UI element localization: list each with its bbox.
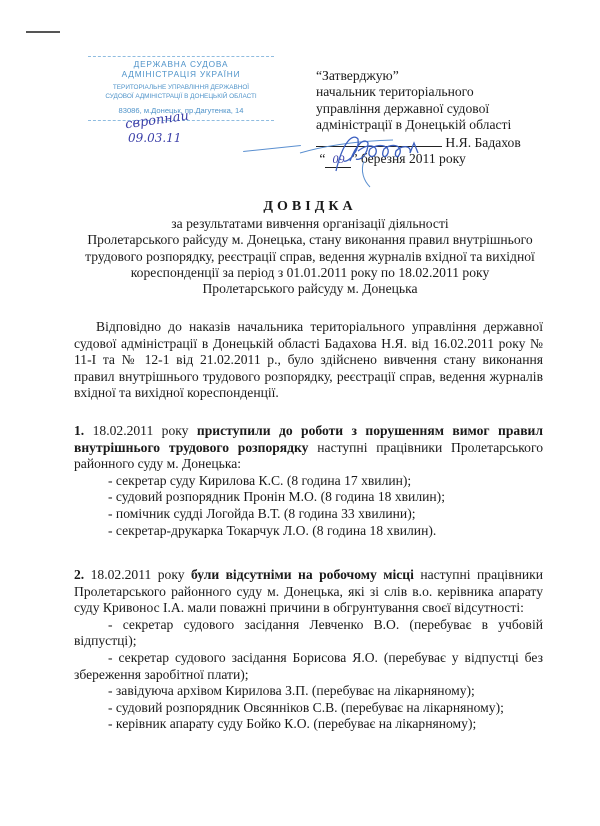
stamp-line-1: ДЕРЖАВНА СУДОВА: [88, 59, 274, 69]
approval-line-3: управління державної судової: [316, 101, 521, 117]
title-line-3: трудового розпорядку, реєстрації справ, …: [60, 249, 560, 265]
list-item: - завідуюча архівом Кирилова З.П. (переб…: [74, 683, 543, 700]
section-2-text: 2. 18.02.2011 року були відсутніми на ро…: [74, 567, 543, 617]
stamp-handwritten-date: 09.03.11: [128, 131, 181, 145]
handwritten-signature: [298, 131, 468, 191]
section-1: 1. 18.02.2011 року приступили до роботи …: [74, 423, 543, 539]
intro-paragraph: Відповідно до наказів начальника територ…: [74, 319, 543, 402]
list-item: - судовий розпорядник Овсянніков С.В. (п…: [74, 700, 543, 717]
section-1-list: - секретар суду Кирилова К.С. (8 година …: [74, 473, 543, 539]
list-item: - помічник судді Логойда В.Т. (8 година …: [74, 506, 543, 523]
scan-mark: [26, 31, 60, 33]
section-1-text: 1. 18.02.2011 року приступили до роботи …: [74, 423, 543, 473]
list-item: - секретар судового засідання Левченко В…: [74, 617, 543, 650]
list-item: - секретар судового засідання Борисова Я…: [74, 650, 543, 683]
section-2: 2. 18.02.2011 року були відсутніми на ро…: [74, 567, 543, 733]
stamp-line-2: АДМІНІСТРАЦІЯ УКРАЇНИ: [88, 69, 274, 79]
stamp-border-top: [88, 56, 274, 57]
document-title: ДОВІДКА: [60, 199, 560, 215]
list-item: - секретар-друкарка Токарчук Л.О. (8 год…: [74, 523, 543, 540]
title-line-2: Пролетарського райсуду м. Донецька, стан…: [60, 232, 560, 248]
stamp-line-4: СУДОВОЇ АДМІНІСТРАЦІЇ В ДОНЕЦЬКІЙ ОБЛАСТ…: [86, 93, 276, 100]
title-line-1: за результатами вивчення організації дія…: [60, 216, 560, 232]
title-line-4: кореспонденції за період з 01.01.2011 ро…: [60, 265, 560, 281]
stamp-line-3: ТЕРИТОРІАЛЬНЕ УПРАВЛІННЯ ДЕРЖАВНОЇ: [86, 84, 276, 91]
section-2-bold-phrase: були відсутніми на робочому місці: [191, 567, 414, 582]
approval-line-1: “Затверджую”: [316, 68, 521, 84]
pen-stroke: [243, 145, 301, 152]
title-line-5: Пролетарського райсуду м. Донецька: [60, 281, 560, 297]
approval-line-2: начальник територіального: [316, 84, 521, 100]
list-item: - керівник апарату суду Бойко К.О. (пере…: [74, 716, 543, 733]
list-item: - судовий розпорядник Пронін М.О. (8 год…: [74, 489, 543, 506]
document-title-block: ДОВІДКА за результатами вивчення організ…: [60, 199, 560, 297]
list-item: - секретар суду Кирилова К.С. (8 година …: [74, 473, 543, 490]
section-2-list: - секретар судового засідання Левченко В…: [74, 617, 543, 733]
